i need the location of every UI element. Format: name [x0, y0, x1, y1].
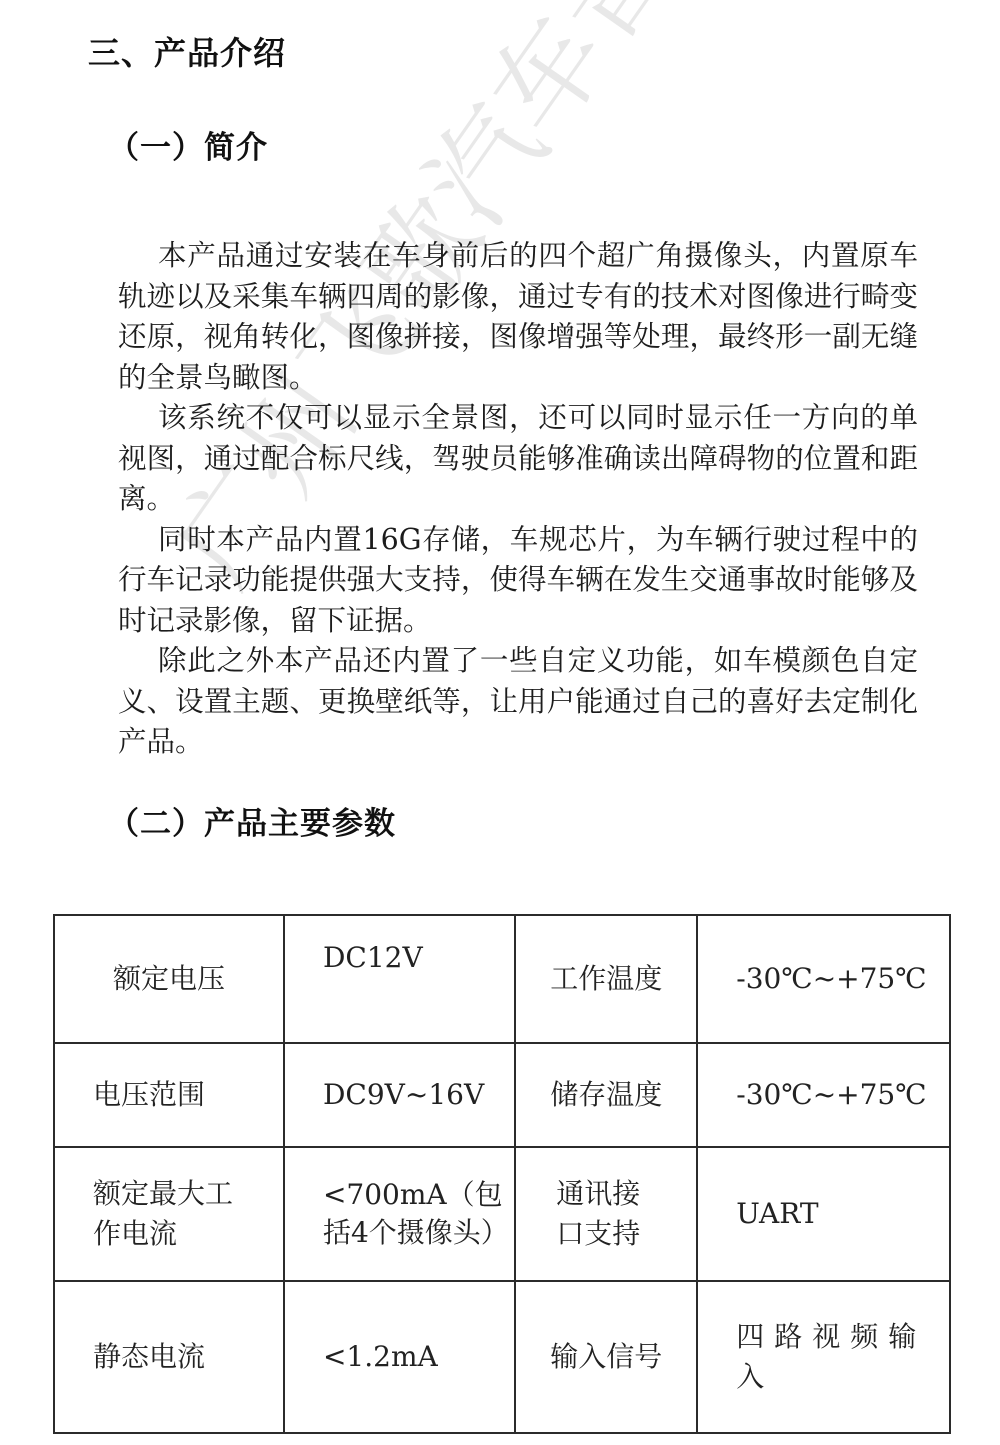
table-row: 额定最大工作电流 <700mA（包括4个摄像头） 通讯接口支持 UART: [54, 1147, 950, 1281]
param-label: 电压范围: [54, 1043, 284, 1147]
table-row: 额定电压 DC12V 工作温度 -30℃~+75℃: [54, 915, 950, 1043]
param-label: 静态电流: [54, 1281, 284, 1433]
param-label: 额定最大工作电流: [54, 1147, 284, 1281]
params-table: 额定电压 DC12V 工作温度 -30℃~+75℃ 电压范围 DC9V~16V …: [53, 914, 951, 1434]
intro-paragraph: 同时本产品内置16G存储，车规芯片，为车辆行驶过程中的行车记录功能提供强大支持，…: [118, 520, 918, 642]
param-value: DC12V: [284, 915, 515, 1043]
table-row: 静态电流 <1.2mA 输入信号 四路视频输入: [54, 1281, 950, 1433]
param-value: -30℃~+75℃: [697, 915, 950, 1043]
intro-paragraph: 本产品通过安装在车身前后的四个超广角摄像头，内置原车轨迹以及采集车辆四周的影像，…: [118, 236, 918, 398]
param-label: 输入信号: [515, 1281, 697, 1433]
intro-paragraph: 该系统不仅可以显示全景图，还可以同时显示任一方向的单视图，通过配合标尺线，驾驶员…: [118, 398, 918, 520]
intro-heading: （一）简介: [108, 122, 268, 167]
param-value: <1.2mA: [284, 1281, 515, 1433]
param-value: <700mA（包括4个摄像头）: [284, 1147, 515, 1281]
param-label: 储存温度: [515, 1043, 697, 1147]
section-heading: 三、产品介绍: [88, 28, 286, 74]
params-heading: （二）产品主要参数: [108, 798, 396, 843]
param-value: UART: [697, 1147, 950, 1281]
param-value: DC9V~16V: [284, 1043, 515, 1147]
param-label: 额定电压: [54, 915, 284, 1043]
param-label: 工作温度: [515, 915, 697, 1043]
param-value: 四路视频输入: [697, 1281, 950, 1433]
table-row: 电压范围 DC9V~16V 储存温度 -30℃~+75℃: [54, 1043, 950, 1147]
intro-paragraph: 除此之外本产品还内置了一些自定义功能，如车模颜色自定义、设置主题、更换壁纸等，让…: [118, 641, 918, 763]
param-value: -30℃~+75℃: [697, 1043, 950, 1147]
intro-body: 本产品通过安装在车身前后的四个超广角摄像头，内置原车轨迹以及采集车辆四周的影像，…: [118, 236, 918, 763]
param-label: 通讯接口支持: [515, 1147, 697, 1281]
